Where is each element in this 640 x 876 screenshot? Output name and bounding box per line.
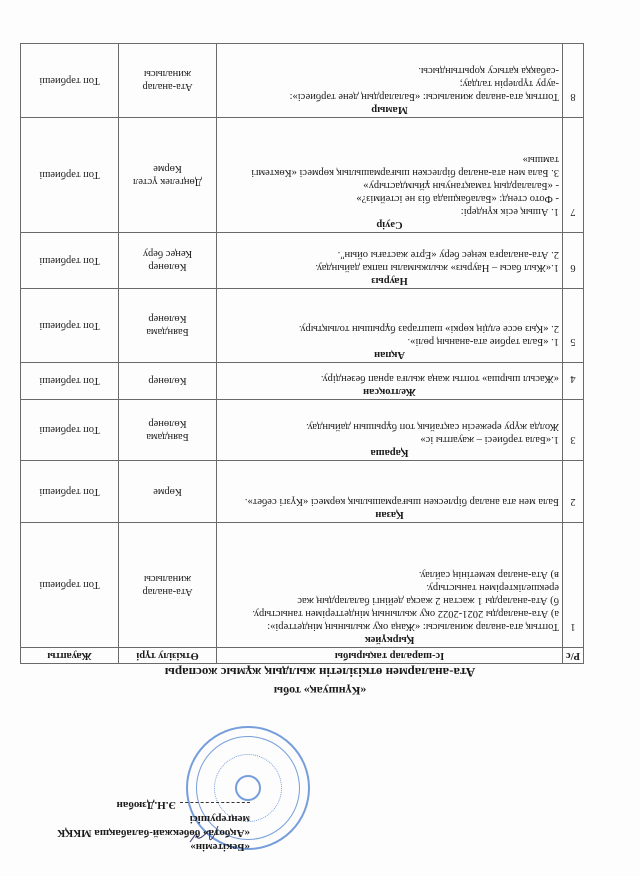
header-responsible: Жауапты — [21, 648, 119, 664]
topic-item: 1.«Бала тәрбиесі – жауапты іс» — [220, 433, 559, 446]
form-item: Кеңес беру — [122, 248, 213, 261]
row-number: 7 — [563, 118, 584, 233]
topic-item: Жолда жүру ережесін сақтайық топ бұрышын… — [220, 420, 559, 433]
form-cell: КөлөнерКеңес беру — [119, 233, 217, 289]
topic-cell: ҚазанБала мен ата аналар бірлескен шығар… — [217, 461, 563, 523]
row-number: 2 — [563, 461, 584, 523]
topic-item: «Жасыл шырша» топты жаңа жылға арнап без… — [220, 372, 559, 385]
month-label: Мамыр — [220, 103, 559, 116]
form-item: Көрме — [122, 162, 213, 175]
table-row: 5Ақпан1. «Бала тәрбие ата-ананың рөлі».2… — [21, 289, 584, 363]
topic-cell: ҚыркүйекТоптық ата-аналар жиналысы: «Жаң… — [217, 523, 563, 648]
form-item: Ата-аналар жиналысы — [122, 68, 213, 94]
topic-cell: Сәуір1. Ашық есік күндері:- Фото стенд: … — [217, 118, 563, 233]
topic-item: б) Ата-аналарды 1 жастан 2 жасқа дейінгі… — [220, 581, 559, 607]
topic-item: 3. Бала мен ата-аналар бірлескен шығарма… — [220, 153, 559, 179]
month-label: Наурыз — [220, 274, 559, 287]
form-item: Баяндама — [122, 430, 213, 443]
table-row: 1ҚыркүйекТоптық ата-аналар жиналысы: «Жа… — [21, 523, 584, 648]
responsible-cell: Топ тәрбиеші — [21, 363, 119, 400]
signature-dashes — [180, 802, 250, 804]
month-label: Сәуір — [220, 218, 559, 231]
form-cell: БаяндамаКөлөнер — [119, 400, 217, 461]
header-topic: Іс-шаралар тақырыбы — [217, 648, 563, 664]
topic-item: Топтық ата-аналар жиналысы: «Жаңа оқу жы… — [220, 620, 559, 633]
organization-name: «Ақбота» бөбекжай-балабақша МКҚК — [20, 826, 250, 840]
form-cell: Көрме — [119, 461, 217, 523]
topic-item: 1.«Жыл басы – Наурыз» жылжымалы папка да… — [220, 261, 559, 274]
row-number: 4 — [563, 363, 584, 400]
form-cell: БаяндамаКөлөнер — [119, 289, 217, 363]
form-cell: Ата-аналар жиналысы — [119, 44, 217, 118]
topic-item: 1. Ашық есік күндері: — [220, 205, 559, 218]
month-label: Қазан — [220, 508, 559, 521]
form-item: Көлөнер — [122, 313, 213, 326]
row-number: 6 — [563, 233, 584, 289]
annual-plan-table: Р/с Іс-шаралар тақырыбы Өткізілу түрі Жа… — [20, 43, 584, 664]
topic-cell: Қараша1.«Бала тәрбиесі – жауапты іс»Жолд… — [217, 400, 563, 461]
header-form: Өткізілу түрі — [119, 648, 217, 664]
table-row: 6Наурыз1.«Жыл басы – Наурыз» жылжымалы п… — [21, 233, 584, 289]
responsible-cell: Топ тәрбиеші — [21, 118, 119, 233]
topic-item: - Фото стенд: «Балабақшада біз не істейм… — [220, 192, 559, 205]
topic-item: в) Ата-аналар кеметінің сайлау. — [220, 568, 559, 581]
topic-cell: МамырТоптық ата-аналар жиналысы: «Балала… — [217, 44, 563, 118]
month-label: Қыркүйек — [220, 633, 559, 646]
form-item: Көлөнер — [122, 261, 213, 274]
form-cell: Көлөнер — [119, 363, 217, 400]
topic-cell: Ақпан1. «Бала тәрбие ата-ананың рөлі».2.… — [217, 289, 563, 363]
form-item: Көлөнер — [122, 417, 213, 430]
responsible-cell: Топ тәрбиеші — [21, 233, 119, 289]
document-page: «Бекітемін» «Ақбота» бөбекжай-балабақша … — [0, 0, 640, 876]
month-label: Ақпан — [220, 348, 559, 361]
table-row: 3Қараша1.«Бала тәрбиесі – жауапты іс»Жол… — [21, 400, 584, 461]
responsible-cell: Топ тәрбиеші — [21, 400, 119, 461]
approval-heading: «Бекітемін» — [20, 840, 250, 854]
row-number: 8 — [563, 44, 584, 118]
topic-item: -ауру түрлерін талдау; — [220, 77, 559, 90]
table-row: 7Сәуір1. Ашық есік күндері:- Фото стенд:… — [21, 118, 584, 233]
signer-name: Э.Н.Дзюбан — [116, 798, 176, 812]
table-body: 1ҚыркүйекТоптық ата-аналар жиналысы: «Жа… — [21, 44, 584, 648]
form-item: Дөңгелек үстел — [122, 175, 213, 188]
topic-cell: Наурыз1.«Жыл басы – Наурыз» жылжымалы па… — [217, 233, 563, 289]
group-name: «Күншуақ» тобы — [0, 683, 640, 698]
responsible-cell: Топ тәрбиеші — [21, 461, 119, 523]
table-row: 4Желтоқсан«Жасыл шырша» топты жаңа жылға… — [21, 363, 584, 400]
topic-item: 2. «Қыз өссе елдің көркі» шаштараз бұрыш… — [220, 322, 559, 335]
row-number: 3 — [563, 400, 584, 461]
row-number: 5 — [563, 289, 584, 363]
responsible-cell: Топ тәрбиеші — [21, 44, 119, 118]
topic-item: а) Ата-аналарды 2021-2022 оқу жылының мі… — [220, 607, 559, 620]
month-label: Қараша — [220, 446, 559, 459]
form-item: Ата-аналар жиналысы — [122, 572, 213, 598]
topic-item: 1. «Бала тәрбие ата-ананың рөлі». — [220, 335, 559, 348]
approver-position: меңгерушісі — [20, 812, 250, 826]
topic-item: -сабаққа қатысу қорытындысы. — [220, 64, 559, 77]
signature-line: Э.Н.Дзюбан — [20, 798, 250, 812]
approval-block: «Бекітемін» «Ақбота» бөбекжай-балабақша … — [20, 798, 250, 854]
form-item: Көлөнер — [122, 375, 213, 388]
form-cell: Ата-аналар жиналысы — [119, 523, 217, 648]
form-cell: Дөңгелек үстелКөрме — [119, 118, 217, 233]
responsible-cell: Топ тәрбиеші — [21, 523, 119, 648]
table-row: 8МамырТоптық ата-аналар жиналысы: «Балал… — [21, 44, 584, 118]
topic-item: 2. Ата-аналарға кеңес беру «Ерте жастағы… — [220, 248, 559, 261]
table-header-row: Р/с Іс-шаралар тақырыбы Өткізілу түрі Жа… — [21, 648, 584, 664]
row-number: 1 — [563, 523, 584, 648]
topic-item: Бала мен ата аналар бірлескен шығармашыл… — [220, 495, 559, 508]
month-label: Желтоқсан — [220, 385, 559, 398]
topic-cell: Желтоқсан«Жасыл шырша» топты жаңа жылға … — [217, 363, 563, 400]
document-title: Ата-аналармен өткізілетін жылдық жұмыс ж… — [0, 664, 640, 680]
form-item: Көрме — [122, 485, 213, 498]
table-row: 2ҚазанБала мен ата аналар бірлескен шыға… — [21, 461, 584, 523]
form-item: Баяндама — [122, 326, 213, 339]
responsible-cell: Топ тәрбиеші — [21, 289, 119, 363]
topic-item: - «Балалардың тамақтануын ұйымдастыру» — [220, 179, 559, 192]
topic-item: Топтық ата-аналар жиналысы: «Балалардың … — [220, 90, 559, 103]
header-num: Р/с — [563, 648, 584, 664]
